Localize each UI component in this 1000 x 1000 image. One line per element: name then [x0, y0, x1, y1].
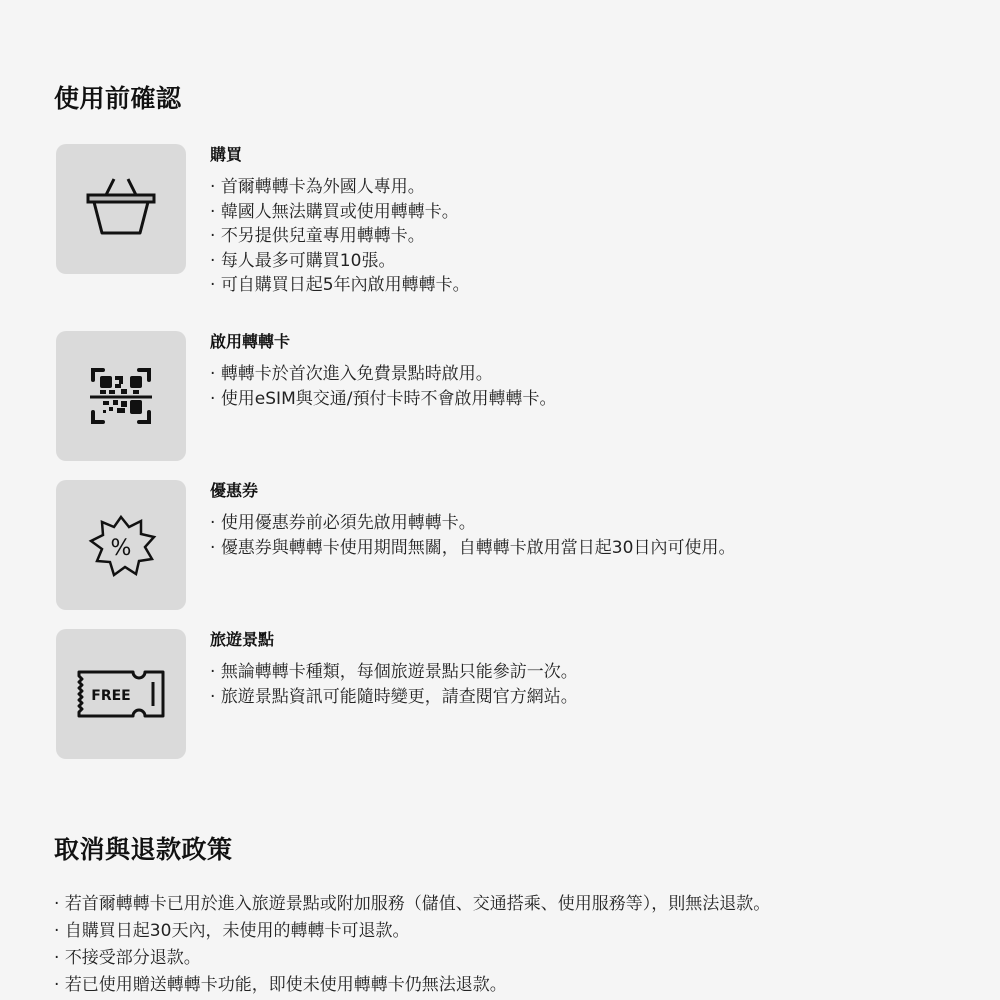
list-item: 首爾轉轉卡為外國人專用。	[210, 175, 470, 200]
shopping-basket-icon	[81, 169, 161, 249]
list-item: 若首爾轉轉卡已用於進入旅遊景點或附加服務（儲值、交通搭乘、使用服務等），則無法退…	[54, 891, 770, 918]
block-list: 首爾轉轉卡為外國人專用。 韓國人無法購買或使用轉轉卡。 不另提供兒童專用轉轉卡。…	[210, 175, 470, 298]
block-title: 啟用轉轉卡	[210, 332, 556, 352]
list-item: 自購買日起30天內，未使用的轉轉卡可退款。	[54, 918, 770, 945]
refund-policy-list: 若首爾轉轉卡已用於進入旅遊景點或附加服務（儲值、交通搭乘、使用服務等），則無法退…	[54, 891, 770, 999]
list-item: 韓國人無法購買或使用轉轉卡。	[210, 200, 470, 225]
info-block-coupon: % 優惠券 使用優惠券前必須先啟用轉轉卡。 優惠券與轉轉卡使用期間無關，自轉轉卡…	[56, 480, 956, 610]
block-title: 優惠券	[210, 481, 735, 501]
free-ticket-icon: FREE	[73, 664, 169, 724]
block-title: 購買	[210, 145, 470, 165]
info-block-activate: 啟用轉轉卡 轉轉卡於首次進入免費景點時啟用。 使用eSIM與交通/預付卡時不會啟…	[56, 331, 956, 461]
icon-tile: FREE	[56, 629, 186, 759]
block-list: 使用優惠券前必須先啟用轉轉卡。 優惠券與轉轉卡使用期間無關，自轉轉卡啟用當日起3…	[210, 511, 735, 560]
section-title-refund-policy: 取消與退款政策	[54, 830, 233, 866]
info-block-attractions: FREE 旅遊景點 無論轉轉卡種類，每個旅遊景點只能參訪一次。 旅遊景點資訊可能…	[56, 629, 956, 759]
list-item: 使用優惠券前必須先啟用轉轉卡。	[210, 511, 735, 536]
list-item: 轉轉卡於首次進入免費景點時啟用。	[210, 362, 556, 387]
page: 使用前確認 購買 首爾轉轉卡為外國人專用。 韓國人無法購買或使用轉轉卡。 不另提…	[0, 0, 1000, 1000]
svg-text:FREE: FREE	[91, 688, 130, 704]
list-item: 不另提供兒童專用轉轉卡。	[210, 224, 470, 249]
block-title: 旅遊景點	[210, 630, 578, 650]
qr-scan-icon	[81, 356, 161, 436]
icon-tile	[56, 144, 186, 274]
section-title-before-use: 使用前確認	[54, 79, 182, 115]
list-item: 每人最多可購買10張。	[210, 249, 470, 274]
list-item: 使用eSIM與交通/預付卡時不會啟用轉轉卡。	[210, 387, 556, 412]
block-list: 轉轉卡於首次進入免費景點時啟用。 使用eSIM與交通/預付卡時不會啟用轉轉卡。	[210, 362, 556, 411]
block-list: 無論轉轉卡種類，每個旅遊景點只能參訪一次。 旅遊景點資訊可能隨時變更，請查閱官方…	[210, 660, 578, 709]
list-item: 優惠券與轉轉卡使用期間無關，自轉轉卡啟用當日起30日內可使用。	[210, 536, 735, 561]
list-item: 旅遊景點資訊可能隨時變更，請查閱官方網站。	[210, 685, 578, 710]
list-item: 若已使用贈送轉轉卡功能，即使未使用轉轉卡仍無法退款。	[54, 972, 770, 999]
svg-text:%: %	[111, 536, 132, 561]
info-block-purchase: 購買 首爾轉轉卡為外國人專用。 韓國人無法購買或使用轉轉卡。 不另提供兒童專用轉…	[56, 144, 956, 274]
list-item: 可自購買日起5年內啟用轉轉卡。	[210, 273, 470, 298]
icon-tile: %	[56, 480, 186, 610]
list-item: 不接受部分退款。	[54, 945, 770, 972]
discount-badge-icon: %	[81, 505, 161, 585]
list-item: 無論轉轉卡種類，每個旅遊景點只能參訪一次。	[210, 660, 578, 685]
icon-tile	[56, 331, 186, 461]
